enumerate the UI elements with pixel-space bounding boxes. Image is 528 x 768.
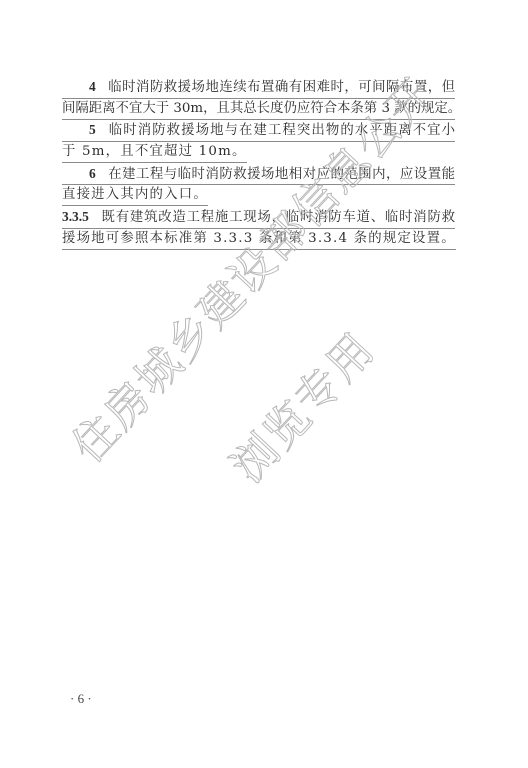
clause-number: 6 <box>89 166 96 181</box>
clause-number: 3.3.5 <box>62 209 89 224</box>
clause-number: 4 <box>89 79 96 94</box>
paragraph-5-line-2: 于 5m，且不宜超过 10m。 <box>62 142 455 164</box>
clause-3-3-5-line-1: 3.3.5既有建筑改造工程施工现场，临时消防车道、临时消防救 <box>62 207 455 229</box>
paragraph-4-line-2: 间隔距离不宜大于 30m，且其总长度仍应符合本条第 3 款的规定。 <box>62 99 455 121</box>
clause-number: 5 <box>89 122 96 137</box>
paragraph-4-line-1: 4临时消防救援场地连续布置确有困难时，可间隔布置，但 <box>62 77 455 99</box>
watermark-line-2: 浏览专用 <box>215 316 387 494</box>
page-number: · 6 · <box>70 691 92 707</box>
paragraph-6-line-1: 6在建工程与临时消防救援场地相对应的范围内，应设置能 <box>62 164 455 186</box>
document-page: 4临时消防救援场地连续布置确有困难时，可间隔布置，但 间隔距离不宜大于 30m，… <box>0 0 528 768</box>
clause-3-3-5-line-2: 援场地可参照本标准第 3.3.3 条和第 3.3.4 条的规定设置。 <box>62 229 455 251</box>
paragraph-6-line-2: 直接进入其内的入口。 <box>62 185 455 207</box>
paragraph-5-line-1: 5临时消防救援场地与在建工程突出物的水平距离不宜小 <box>62 120 455 142</box>
body-text: 4临时消防救援场地连续布置确有困难时，可间隔布置，但 间隔距离不宜大于 30m，… <box>62 77 455 251</box>
